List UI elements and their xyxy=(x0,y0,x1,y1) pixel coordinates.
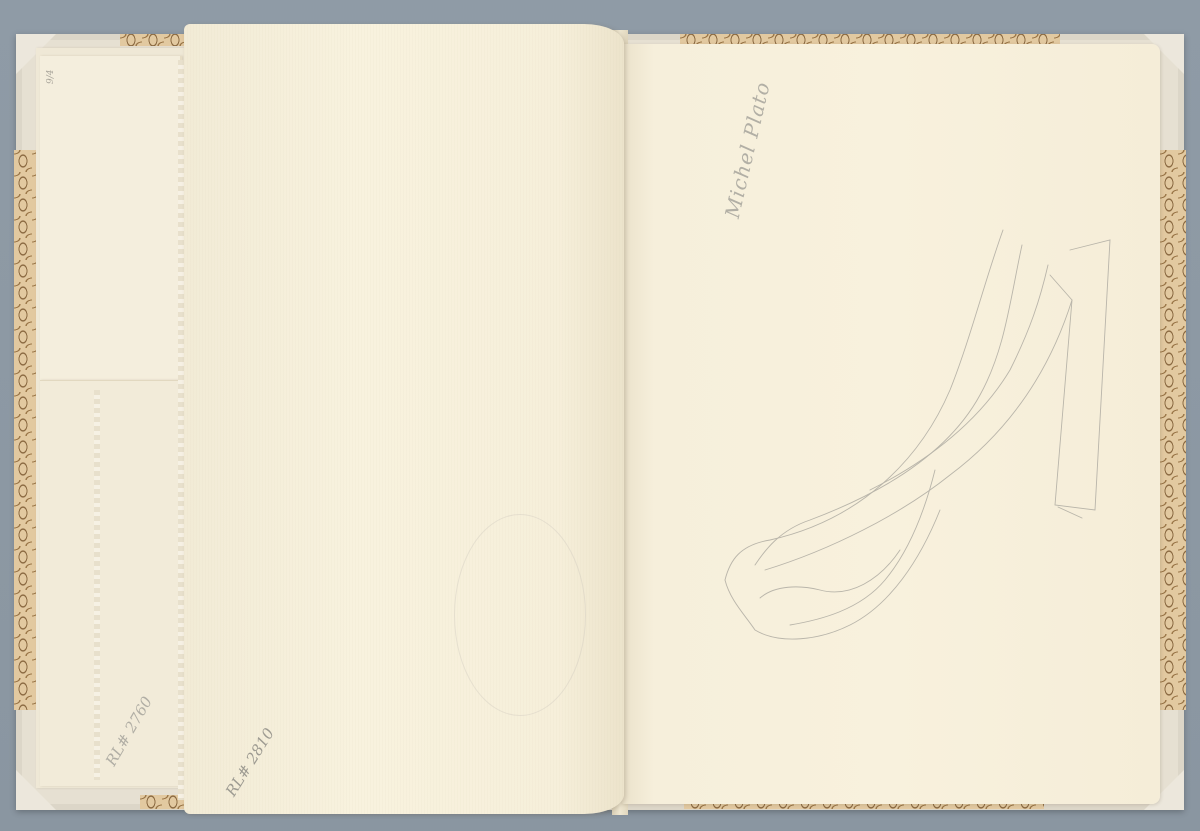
deckle-edge xyxy=(94,390,100,780)
pencil-sketch xyxy=(710,220,1130,670)
page-stack-lower xyxy=(40,380,192,786)
corner-pencil-mark: 9/4 xyxy=(46,70,56,84)
right-patterned-border xyxy=(1160,150,1186,710)
page-stack-upper xyxy=(40,56,182,380)
show-through-circle xyxy=(454,514,586,716)
left-page[interactable] xyxy=(184,24,624,814)
